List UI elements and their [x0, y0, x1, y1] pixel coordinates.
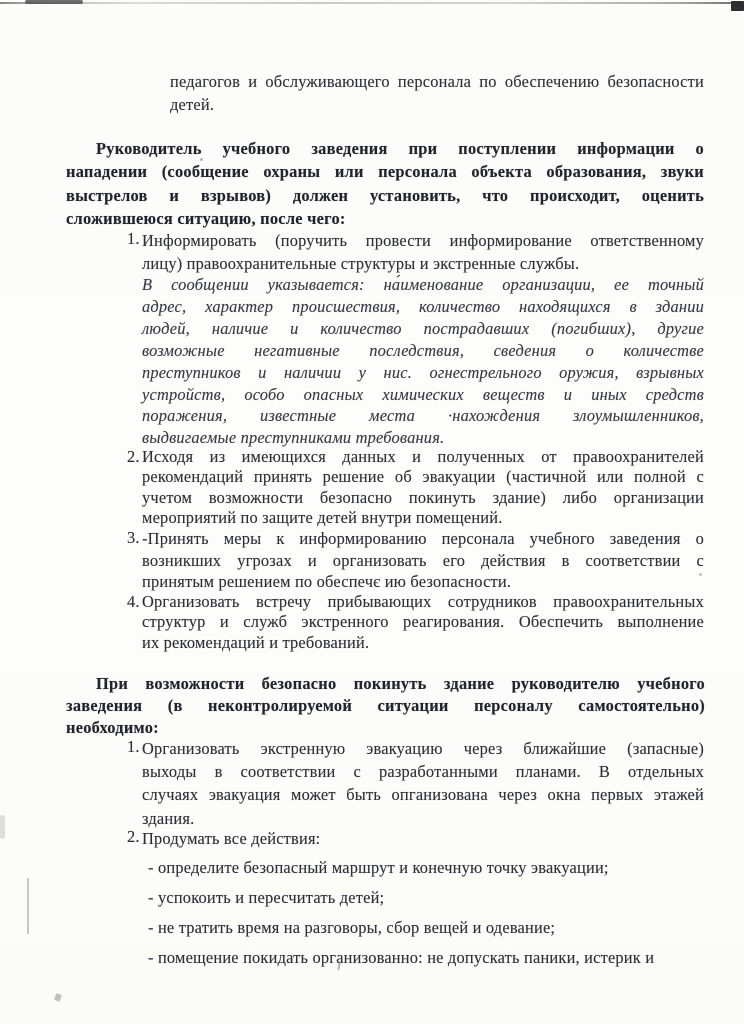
text-line: мероприятий по защите детей внутри помещ…: [142, 508, 704, 528]
section2-dash-item-4: - помещение покидать организованно: не д…: [148, 946, 714, 969]
text-line: устройств, особо опасных химических веще…: [142, 384, 704, 406]
text-line: рекомендаций принять решение об эвакуаци…: [142, 467, 704, 487]
scan-artifact-bottom-left-mark: [54, 993, 62, 1002]
text-line: Руководитель учебного заведения при пост…: [66, 137, 704, 160]
text-line: адрес, характер происшествия, количество…: [142, 296, 704, 318]
scan-artifact-left-smudge: [0, 815, 5, 839]
text-line: учетом возможности безопасно покинуть зд…: [142, 488, 704, 508]
section2-dash-item-3: - не тратить время на разговоры, сбор ве…: [148, 916, 714, 939]
section1-item-1-note: В сообщении указывается: на́именование о…: [142, 274, 704, 449]
text-line: - успокоить и пересчитать детей;: [148, 886, 714, 909]
scan-artifact-top-left-mark: [25, 0, 83, 4]
text-line: Информировать (поручить провести информи…: [142, 229, 704, 252]
section1-item-4: Организовать встречу прибывающих сотрудн…: [142, 592, 704, 653]
scanned-document-page: педагогов и обслуживающего персонала по …: [0, 0, 744, 1024]
section1-item-3: -Принять меры к информированию персонала…: [142, 528, 704, 593]
text-line: возникших угрозах и организовать его дей…: [142, 550, 704, 572]
section1-item-1: Информировать (поручить провести информи…: [142, 229, 704, 275]
text-line: При возможности безопасно покинуть здани…: [66, 673, 705, 695]
text-line: принятым решением по обеспечє ию безопас…: [142, 571, 704, 593]
text-line: необходимо:: [66, 717, 705, 739]
section2-item-2: Продумать все действия:: [142, 827, 704, 850]
text-line: -Принять меры к информированию персонала…: [142, 528, 704, 550]
text-line: поражения, известные места ·нахождения з…: [142, 405, 704, 427]
text-line: - помещение покидать организованно: не д…: [148, 946, 714, 969]
text-line: выдвигаемые преступниками требования.: [142, 427, 704, 449]
scan-artifact-top-edge-line: [0, 2, 744, 4]
text-line: структур и служб экстренного реагировани…: [142, 612, 704, 632]
text-line: - не тратить время на разговоры, сбор ве…: [148, 916, 714, 939]
continuation-paragraph: педагогов и обслуживающего персонала по …: [170, 70, 704, 116]
text-line: педагогов и обслуживающего персонала по …: [170, 70, 704, 93]
text-line: - определите безопасный маршрут и конечн…: [148, 856, 714, 879]
text-line: возможные негативные последствия, сведен…: [142, 340, 704, 362]
section2-item-1: Организовать экстренную эвакуацию через …: [142, 737, 704, 830]
scan-artifact-top-right-blob: [731, 1, 744, 11]
text-line: людей, наличие и количество пострадавших…: [142, 318, 704, 340]
text-line: их рекомендаций и требований.: [142, 633, 704, 653]
text-line: случаях эвакуация может быть опганизован…: [142, 783, 704, 806]
text-line: нападении (сообщение охраны или персонал…: [66, 160, 704, 183]
text-line: выходы в соответствии с разработанными п…: [142, 760, 704, 783]
text-line: Организовать встречу прибывающих сотрудн…: [142, 592, 704, 612]
text-line: В сообщении указывается: на́именование о…: [142, 274, 704, 296]
section1-intro-paragraph: Руководитель учебного заведения при пост…: [66, 137, 704, 230]
section2-dash-item-2: - успокоить и пересчитать детей;: [148, 886, 714, 909]
text-line: Продумать все действия:: [142, 827, 704, 850]
text-line: выстрелов и взрывов) должен установить, …: [66, 184, 704, 207]
section2-dash-item-1: - определите безопасный маршрут и конечн…: [148, 856, 714, 879]
text-line: Исходя из имеющихся данных и полученных …: [142, 447, 704, 467]
text-line: преступников и наличии у нис. огнестрель…: [142, 362, 704, 384]
text-line: Организовать экстренную эвакуацию через …: [142, 737, 704, 760]
text-line: сложившеюся ситуацию, после чего:: [66, 207, 704, 230]
section2-intro-paragraph: При возможности безопасно покинуть здани…: [66, 673, 705, 738]
section1-item-2: Исходя из имеющихся данных и полученных …: [142, 447, 704, 529]
text-line: детей.: [170, 93, 704, 116]
scan-artifact-vertical-hairline: [27, 878, 29, 934]
text-line: лицу) правоохранительные структуры и экс…: [142, 252, 704, 275]
text-line: заведения (в неконтролируемой ситуации п…: [66, 695, 705, 717]
